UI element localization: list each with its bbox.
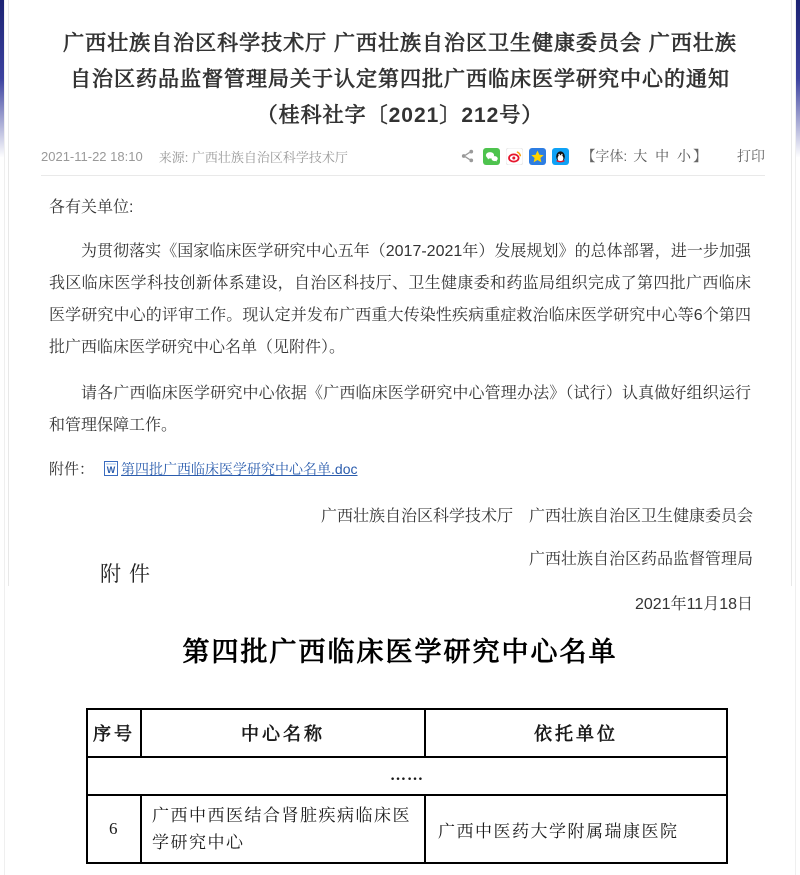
- meta-divider: [41, 175, 765, 176]
- source-label: 来源: 广西壮族自治区科学技术厅: [159, 147, 348, 166]
- row-cell-center-name: 广西中西医结合肾脏疾病临床医学研究中心: [141, 795, 425, 863]
- article-title: 广西壮族自治区科学技术厅 广西壮族自治区卫生健康委员会 广西壮族自治区药品监督管…: [57, 26, 743, 134]
- body-paragraph-1: 为贯彻落实《国家临床医学研究中心五年（2017-2021年）发展规划》的总体部署…: [49, 236, 751, 364]
- table-ellipsis-row: ……: [87, 757, 727, 795]
- word-doc-icon: W: [104, 461, 118, 476]
- meta-toolbar: 【字体: 大 中 小】 打印: [460, 146, 765, 166]
- header-cell-organization: 依托单位: [425, 709, 727, 757]
- row-cell-no: 6: [87, 795, 141, 863]
- page-edge-accent-left: [0, 0, 5, 875]
- article-meta-row: 2021-11-22 18:10 来源: 广西壮族自治区科学技术厅: [41, 146, 765, 166]
- signature-line-1: 广西壮族自治区科学技术厅 广西壮族自治区卫生健康委员会: [9, 503, 791, 526]
- header-cell-no: 序号: [87, 709, 141, 757]
- article-card: 广西壮族自治区科学技术厅 广西壮族自治区卫生健康委员会 广西壮族自治区药品监督管…: [8, 0, 792, 586]
- row-cell-organization: 广西中医药大学附属瑞康医院: [425, 795, 727, 863]
- wechat-icon[interactable]: [483, 148, 500, 165]
- ellipsis-cell: ……: [87, 757, 727, 795]
- font-control-prefix: 【字体:: [581, 148, 627, 164]
- article-body: 各有关单位: 为贯彻落实《国家临床医学研究中心五年（2017-2021年）发展规…: [49, 192, 751, 442]
- qq-icon[interactable]: [552, 148, 569, 165]
- attachment-label: 附件：: [49, 458, 94, 479]
- body-paragraph-2: 请各广西临床医学研究中心依据《广西临床医学研究中心管理办法》（试行）认真做好组织…: [49, 378, 751, 442]
- signature-date: 2021年11月18日: [9, 591, 791, 614]
- page-edge-accent-right: [795, 0, 800, 875]
- font-size-small[interactable]: 小: [677, 148, 691, 164]
- qzone-icon[interactable]: [529, 148, 546, 165]
- table-header-row: 序号 中心名称 依托单位: [87, 709, 727, 757]
- publish-datetime: 2021-11-22 18:10: [41, 149, 143, 164]
- font-size-control: 【字体: 大 中 小】: [581, 146, 707, 166]
- attachment-link[interactable]: 第四批广西临床医学研究中心名单.doc: [121, 459, 357, 479]
- attachment-row: 附件： W 第四批广西临床医学研究中心名单.doc: [49, 458, 751, 479]
- share-bar: [460, 148, 569, 165]
- header-cell-center-name: 中心名称: [141, 709, 425, 757]
- print-button[interactable]: 打印: [737, 146, 765, 166]
- appendix-table: 序号 中心名称 依托单位 …… 6 广西中西医结合肾脏疾病临床医学研究中心 广西…: [86, 708, 728, 864]
- appendix-table-wrap: 序号 中心名称 依托单位 …… 6 广西中西医结合肾脏疾病临床医学研究中心 广西…: [86, 708, 726, 864]
- appendix-label: 附件: [100, 558, 158, 588]
- font-size-medium[interactable]: 中: [655, 148, 669, 164]
- svg-text:W: W: [107, 465, 116, 475]
- share-icon[interactable]: [460, 148, 477, 165]
- table-row: 6 广西中西医结合肾脏疾病临床医学研究中心 广西中医药大学附属瑞康医院: [87, 795, 727, 863]
- salutation: 各有关单位:: [49, 192, 751, 224]
- appendix-doc-title: 第四批广西临床医学研究中心名单: [0, 630, 800, 669]
- weibo-icon[interactable]: [506, 148, 523, 165]
- font-control-suffix: 】: [693, 148, 707, 164]
- font-size-large[interactable]: 大: [633, 148, 647, 164]
